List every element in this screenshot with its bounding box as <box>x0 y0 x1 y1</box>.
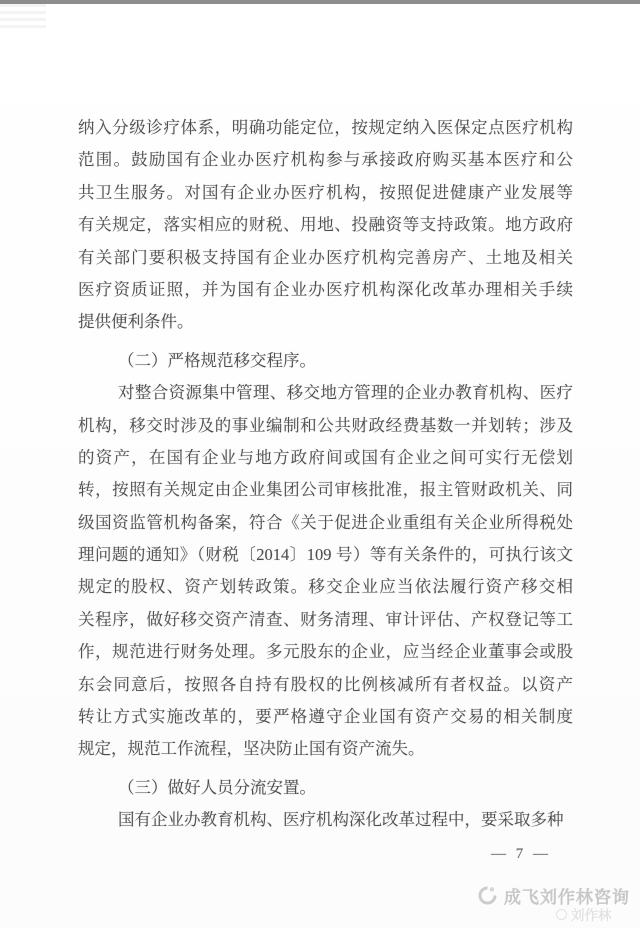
document-line: 有关规定，落实相应的财税、用地、投融资等支持政策。地方政府 <box>78 209 573 241</box>
section-heading: （三）做好人员分流安置。 <box>78 772 573 804</box>
watermark-ghost-text: 刘作林 <box>571 904 612 924</box>
section-heading: （二）严格规范移交程序。 <box>78 345 573 377</box>
document-line: 转让方式实施改革的，要严格遵守企业国有资产交易的相关制度 <box>78 701 573 733</box>
watermark-ghost: 刘作林 <box>556 904 612 924</box>
document-line: 提供便利条件。 <box>78 306 573 338</box>
document-line: 理问题的通知》（财税〔2014〕109 号）等有关条件的，可执行该文件 <box>78 539 573 571</box>
document-line: 范围。鼓励国有企业办医疗机构参与承接政府购买基本医疗和公 <box>78 144 573 176</box>
document-page: 纳入分级诊疗体系，明确功能定位，按规定纳入医保定点医疗机构 范围。鼓励国有企业办… <box>78 112 573 863</box>
document-line: 规定，规范工作流程，坚决防止国有资产流失。 <box>78 733 573 765</box>
document-line: 有关部门要积极支持国有企业办医疗机构完善房产、土地及相关 <box>78 242 573 274</box>
document-line: 东会同意后，按照各自持有股权的比例核减所有者权益。以资产 <box>78 669 573 701</box>
document-line: 关程序，做好移交资产清查、财务清理、审计评估、产权登记等工 <box>78 604 573 636</box>
document-line: 规定的股权、资产划转政策。移交企业应当依法履行资产移交相 <box>78 571 573 603</box>
document-line: 的资产，在国有企业与地方政府间或国有企业之间可实行无偿划 <box>78 442 573 474</box>
document-line: 转，按照有关规定由企业集团公司审核批准，报主管财政机关、同 <box>78 474 573 506</box>
circle-icon <box>556 909 567 920</box>
document-line: 机构，移交时涉及的事业编制和公共财政经费基数一并划转；涉及 <box>78 410 573 442</box>
document-line: 共卫生服务。对国有企业办医疗机构，按照促进健康产业发展等 <box>78 177 573 209</box>
page-number: — 7 — <box>78 846 573 863</box>
document-line: 国有企业办教育机构、医疗机构深化改革过程中，要采取多种 <box>78 804 573 836</box>
document-line: 纳入分级诊疗体系，明确功能定位，按规定纳入医保定点医疗机构 <box>78 112 573 144</box>
swoosh-bird-icon <box>476 884 499 907</box>
document-line: 级国资监管机构备案，符合《关于促进企业重组有关企业所得税处 <box>78 507 573 539</box>
document-line: 作，规范进行财务处理。多元股东的企业，应当经企业董事会或股 <box>78 636 573 668</box>
top-edge-bar <box>0 0 640 4</box>
document-line: 对整合资源集中管理、移交地方管理的企业办教育机构、医疗 <box>78 377 573 409</box>
scan-artifact <box>0 4 46 32</box>
document-line: 医疗资质证照，并为国有企业办医疗机构深化改革办理相关手续 <box>78 274 573 306</box>
